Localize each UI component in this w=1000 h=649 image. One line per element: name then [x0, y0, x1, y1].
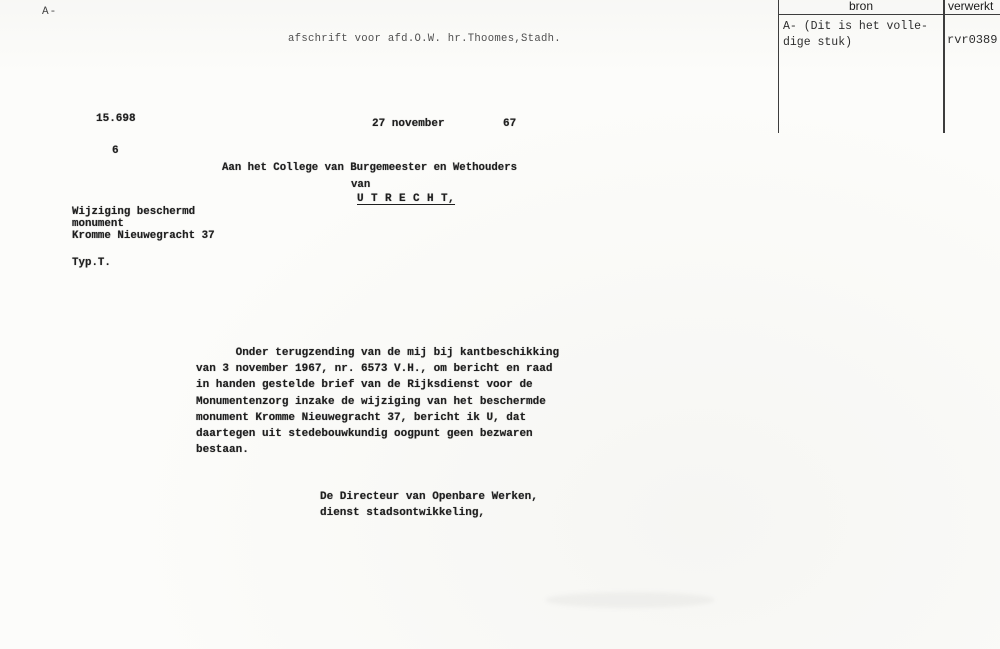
- addressee-line: Aan het College van Burgemeester en Weth…: [222, 162, 517, 174]
- verwerkt-cell: rvr0389: [947, 33, 997, 47]
- signature-block: De Directeur van Openbare Werken, dienst…: [320, 489, 538, 521]
- registry-table-header-row: bron verwerkt: [779, 0, 1000, 15]
- reference-number: 15.698: [96, 113, 136, 125]
- column-header-verwerkt: verwerkt: [943, 0, 993, 13]
- subject-block: Wijziging beschermd monument Kromme Nieu…: [72, 206, 215, 243]
- letter-date-year: 67: [503, 118, 516, 130]
- corner-mark: A-: [42, 6, 57, 18]
- copy-note: afschrift voor afd.O.W. hr.Thoomes,Stadh…: [288, 33, 561, 45]
- reference-sub-number: 6: [112, 145, 119, 157]
- bron-cell: A- (Dit is het volle- dige stuk): [783, 19, 928, 51]
- column-header-bron: bron: [779, 0, 943, 13]
- pencil-smudge: [545, 592, 715, 608]
- registry-table: bron verwerkt A- (Dit is het volle- dige…: [778, 0, 1000, 133]
- addressee-city: U T R E C H T,: [357, 193, 455, 205]
- letter-date: 27 november: [372, 118, 445, 130]
- typist-reference: Typ.T.: [72, 257, 111, 269]
- addressee-van: van: [351, 179, 370, 191]
- scanned-letter-page: A- afschrift voor afd.O.W. hr.Thoomes,St…: [0, 0, 1000, 649]
- letter-body: Onder terugzending van de mij bij kantbe…: [196, 345, 559, 458]
- column-divider-line: [943, 0, 945, 133]
